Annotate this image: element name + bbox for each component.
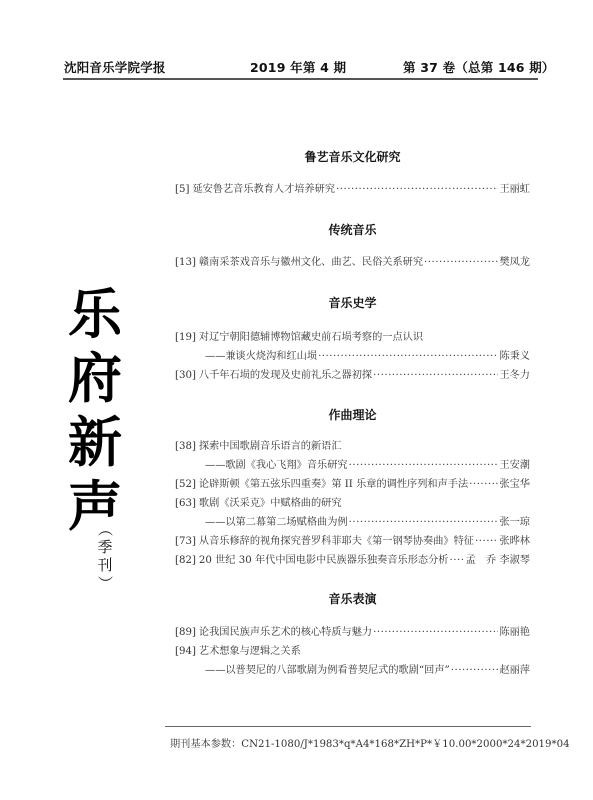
cover-title-char: 新 [55,411,135,475]
entry-page: [89] [175,624,196,641]
entry-page: [82] [175,552,196,569]
section-heading: 音乐表演 [175,590,530,607]
toc-entry[interactable]: [5] 延安鲁艺音乐教育人才培养研究 王丽虹 [175,181,530,198]
journal-name: 沈阳音乐学院学报 [64,58,166,76]
entry-title: 对辽宁朝阳德辅博物馆藏史前石埙考察的一点认识 [199,329,423,346]
entry-page: [38] [175,438,196,455]
footer-rule [165,726,531,727]
leader-dots [336,181,498,198]
entry-author: 张晔林 [499,533,530,550]
leader-dots [424,254,498,271]
toc-entry[interactable]: [82] 20 世纪 30 年代中国电影中民族器乐独奏音乐形态分析 孟 乔 李淑… [175,552,530,569]
leader-dots [450,552,465,569]
toc-entry-subtitle[interactable]: ——以第二幕第二场赋格曲为例 张一琼 [175,514,530,531]
entry-title: 论我国民族声乐艺术的核心特质与魅力 [199,624,372,641]
entry-author: 赵丽萍 [499,662,530,679]
entry-page: [63] [175,495,196,512]
leader-dots [475,533,498,550]
entry-author: 张一琼 [499,514,530,531]
entry-title: 八千年石埙的发现及史前礼乐之器初探 [199,367,372,384]
section-heading: 传统音乐 [175,221,530,238]
quarterly-label: （ 季 刊 ） [92,520,118,592]
toc-entry[interactable]: [13] 赣南采茶戏音乐与徽州文化、曲艺、民俗关系研究 樊凤龙 [175,254,530,271]
section-heading: 音乐史学 [175,294,530,311]
leader-dots [373,367,498,384]
entry-title: 延安鲁艺音乐教育人才培养研究 [192,181,335,198]
volume-number: 第 37 卷（总第 146 期） [403,58,555,76]
entry-subtitle: ——兼谈火烧沟和红山埙 [205,348,317,365]
entry-page: [52] [175,476,196,493]
entry-author: 陈秉义 [499,348,530,365]
leader-dots [349,514,499,531]
leader-dots [373,624,498,641]
toc-entry[interactable]: [38] 探索中国歌剧音乐语言的新语汇 [175,438,530,455]
section-heading: 鲁艺音乐文化研究 [175,148,530,165]
entry-author: 王冬力 [499,367,530,384]
leader-dots [349,457,499,474]
entry-title: 艺术想象与逻辑之关系 [199,643,301,660]
entry-subtitle: ——以第二幕第二场赋格曲为例 [205,514,348,531]
entry-title: 歌剧《沃采克》中赋格曲的研究 [199,495,342,512]
leader-dots [451,662,499,679]
entry-title: 赣南采茶戏音乐与徽州文化、曲艺、民俗关系研究 [199,254,423,271]
paren-open: （ [96,516,114,542]
entry-author: 樊凤龙 [499,254,530,271]
section-heading: 作曲理论 [175,406,530,423]
entry-page: [30] [175,367,196,384]
toc-entry[interactable]: [63] 歌剧《沃采克》中赋格曲的研究 [175,495,530,512]
entry-page: [5] [175,181,189,198]
entry-author: 王丽虹 [499,181,530,198]
header-rule [63,78,538,80]
cover-title-char: 乐 [55,283,135,347]
leader-dots [469,476,498,493]
toc-entry[interactable]: [52] 论辟斯顿《第五弦乐四重奏》第 II 乐章的调性序列和声手法 张宝华 [175,476,530,493]
issue-number: 2019 年第 4 期 [250,58,346,76]
entry-page: [73] [175,533,196,550]
leader-dots [318,348,498,365]
journal-parameters: 期刊基本参数：CN21-1080/J*1983*q*A4*168*ZH*P*￥1… [170,735,570,750]
toc-entry[interactable]: [94] 艺术想象与逻辑之关系 [175,643,530,660]
entry-page: [19] [175,329,196,346]
entry-page: [13] [175,254,196,271]
toc-entry[interactable]: [73] 从音乐修辞的视角探究普罗科菲耶夫《第一钢琴协奏曲》特征 张晔林 [175,533,530,550]
entry-title: 探索中国歌剧音乐语言的新语汇 [199,438,342,455]
entry-author: 陈丽艳 [499,624,530,641]
entry-author: 孟 乔 李淑琴 [466,552,530,569]
paren-close: ） [96,570,114,596]
entry-page: [94] [175,643,196,660]
cover-title: 乐 府 新 声 [55,283,135,539]
entry-author: 张宝华 [499,476,530,493]
entry-title: 20 世纪 30 年代中国电影中民族器乐独奏音乐形态分析 [199,552,449,569]
entry-title: 论辟斯顿《第五弦乐四重奏》第 II 乐章的调性序列和声手法 [199,476,468,493]
toc-entry-subtitle[interactable]: ——兼谈火烧沟和红山埙 陈秉义 [175,348,530,365]
toc-entry[interactable]: [19] 对辽宁朝阳德辅博物馆藏史前石埙考察的一点认识 [175,329,530,346]
cover-title-char: 府 [55,347,135,411]
toc-entry-subtitle[interactable]: ——歌剧《我心飞翔》音乐研究 王安潮 [175,457,530,474]
toc-entry-subtitle[interactable]: ——以普契尼的八部歌剧为例看普契尼式的歌剧“回声” 赵丽萍 [175,662,530,679]
entry-subtitle: ——以普契尼的八部歌剧为例看普契尼式的歌剧“回声” [205,662,450,679]
entry-author: 王安潮 [499,457,530,474]
toc-entry[interactable]: [30] 八千年石埙的发现及史前礼乐之器初探 王冬力 [175,367,530,384]
toc-entry[interactable]: [89] 论我国民族声乐艺术的核心特质与魅力 陈丽艳 [175,624,530,641]
entry-title: 从音乐修辞的视角探究普罗科菲耶夫《第一钢琴协奏曲》特征 [199,533,474,550]
entry-subtitle: ——歌剧《我心飞翔》音乐研究 [205,457,348,474]
